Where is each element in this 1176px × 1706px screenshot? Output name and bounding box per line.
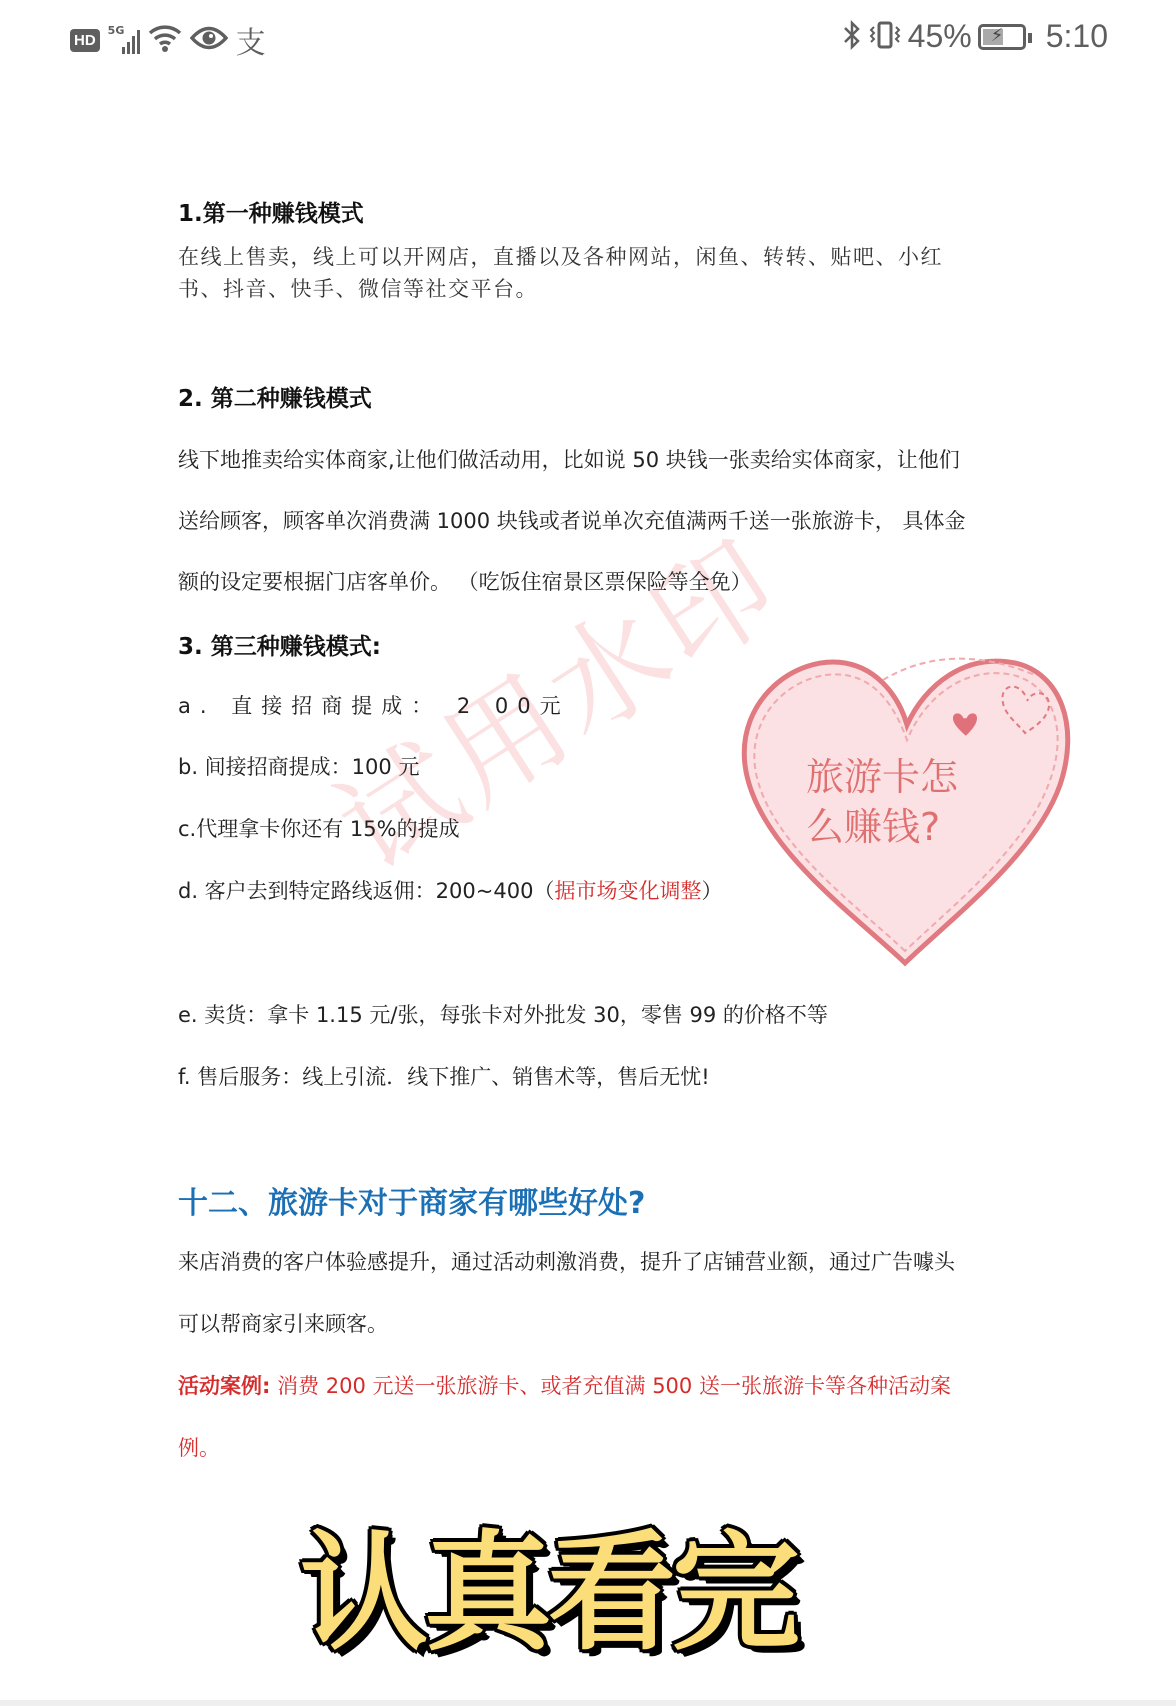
section1-line-1: 在线上售卖，线上可以开网店，直播以及各种网站，闲鱼、转转、贴吧、小红 bbox=[178, 241, 943, 271]
section3-item-c: c.代理拿卡你还有 15%的提成 bbox=[178, 813, 460, 843]
vibrate-icon bbox=[868, 19, 902, 55]
heart-sticker-line-1: 旅游卡怎 bbox=[806, 752, 958, 802]
section3-heading: 3. 第三种赚钱模式: bbox=[178, 628, 381, 661]
case-example: 活动案例: 消费 200 元送一张旅游卡、或者充值满 500 送一张旅游卡等各种… bbox=[178, 1370, 951, 1400]
section3-item-f: f. 售后服务：线上引流．线下推广、销售术等，售后无忧! bbox=[178, 1061, 710, 1091]
status-left: HD 5G 支 bbox=[70, 18, 266, 62]
heart-sticker-line-2: 么赚钱? bbox=[806, 802, 958, 852]
section3-item-b: b. 间接招商提成：100 元 bbox=[178, 751, 419, 781]
section12-line-1: 来店消费的客户体验感提升，通过活动刺激消费，提升了店铺营业额，通过广告噱头 bbox=[178, 1246, 955, 1276]
section2-line-2: 送给顾客，顾客单次消费满 1000 块钱或者说单次充值满两千送一张旅游卡， 具体… bbox=[178, 505, 965, 535]
item-d-suffix: ） bbox=[701, 879, 722, 903]
wifi-icon bbox=[148, 23, 182, 57]
bluetooth-icon bbox=[842, 19, 862, 55]
section1-heading: 1.第一种赚钱模式 bbox=[178, 195, 364, 228]
read-carefully-banner: 认真看完 bbox=[300, 1490, 796, 1674]
section2-line-3: 额的设定要根据门店客单价。 （吃饭住宿景区票保险等全免） bbox=[178, 566, 752, 596]
network-type-label: 5G bbox=[108, 24, 125, 37]
section12-line-2: 可以帮商家引来顾客。 bbox=[178, 1308, 388, 1338]
status-right: 45% ⚡ 5:10 bbox=[842, 18, 1108, 55]
case-text: 消费 200 元送一张旅游卡、或者充值满 500 送一张旅游卡等各种活动案 bbox=[270, 1374, 951, 1398]
5g-signal-icon: 5G bbox=[108, 26, 140, 54]
bottom-nav-bar bbox=[0, 1700, 1176, 1706]
item-d-prefix: d. 客户去到特定路线返佣：200~400（ bbox=[178, 879, 554, 903]
section2-line-1: 线下地推卖给实体商家,让他们做活动用，比如说 50 块钱一张卖给实体商家，让他们 bbox=[178, 444, 960, 474]
alipay-icon: 支 bbox=[236, 18, 266, 62]
clock: 5:10 bbox=[1046, 18, 1108, 55]
status-bar: HD 5G 支 45% ⚡ 5:10 bbox=[0, 0, 1176, 80]
hd-icon: HD bbox=[70, 29, 100, 52]
battery-icon: ⚡ bbox=[978, 24, 1026, 50]
case-label: 活动案例: bbox=[178, 1374, 270, 1398]
section3-item-a: a. 直接招商提成： 2 00元 bbox=[178, 690, 570, 720]
item-d-note: 据市场变化调整 bbox=[554, 879, 701, 903]
section12-heading: 十二、旅游卡对于商家有哪些好处? bbox=[178, 1178, 645, 1222]
battery-percent: 45% bbox=[908, 18, 972, 55]
section1-line-2: 书、抖音、快手、微信等社交平台。 bbox=[178, 273, 538, 303]
heart-sticker-text: 旅游卡怎 么赚钱? bbox=[806, 752, 958, 852]
section3-item-e: e. 卖货：拿卡 1.15 元/张，每张卡对外批发 30，零售 99 的价格不等 bbox=[178, 999, 828, 1029]
section2-heading: 2. 第二种赚钱模式 bbox=[178, 380, 372, 413]
eye-comfort-icon bbox=[190, 25, 228, 55]
section3-item-d: d. 客户去到特定路线返佣：200~400（据市场变化调整） bbox=[178, 875, 722, 905]
case-text-continued: 例。 bbox=[178, 1432, 220, 1462]
